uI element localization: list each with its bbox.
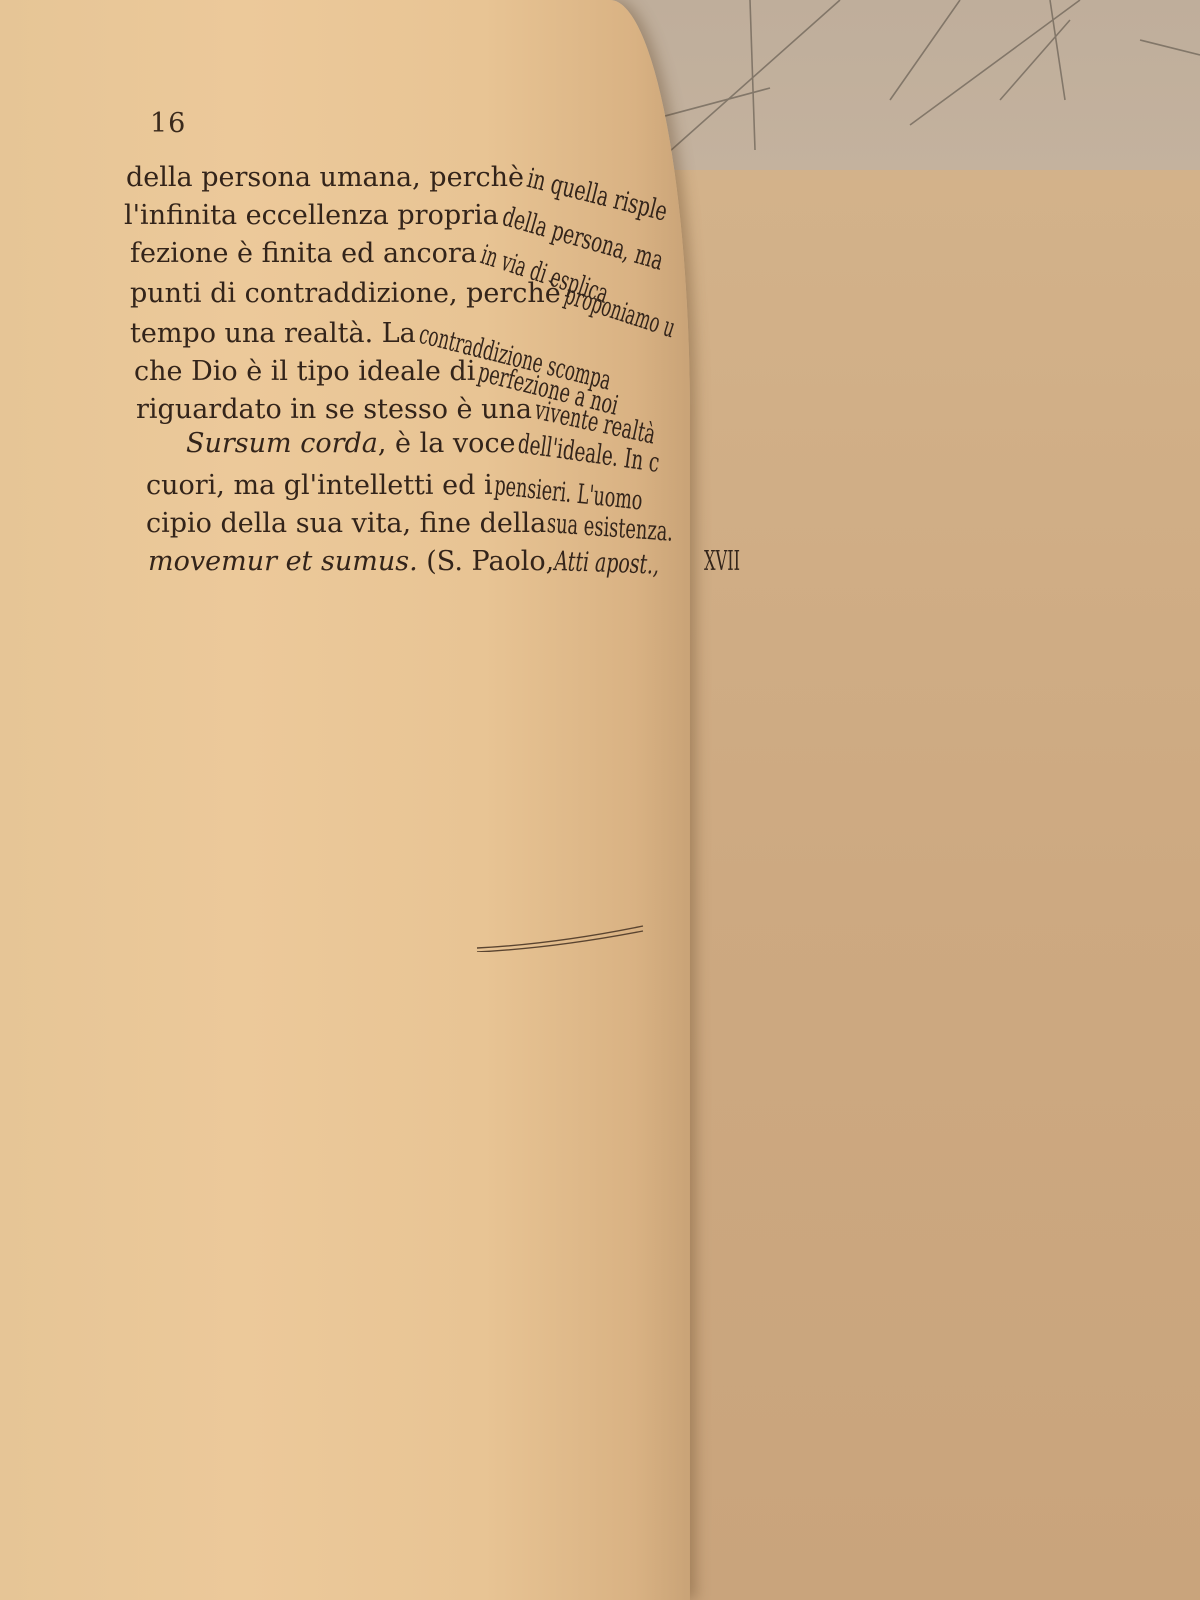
- text-line: l'infinita eccellenza propria della pers…: [124, 200, 743, 231]
- text-line: tempo una realtà. La contraddizione scom…: [130, 318, 733, 349]
- text-line: punti di contraddizione, perchè proponia…: [130, 278, 751, 309]
- scratch-marks: [600, 0, 1200, 180]
- background-surface: [600, 0, 1200, 180]
- text-line: fezione è finita ed ancora in via di esp…: [130, 238, 690, 269]
- text-line: cuori, ma gl'intelletti ed i pensieri. L…: [146, 470, 721, 501]
- right-blank-page: [640, 170, 1200, 1600]
- text-line: cipio della sua vita, fine della sua esi…: [146, 508, 738, 539]
- text-line: che Dio è il tipo ideale di perfezione a…: [134, 356, 696, 387]
- text-line: movemur et sumus. (S. Paolo, Atti apost.…: [148, 546, 764, 577]
- text-line: Sursum corda, è la voce dell'ideale. In …: [186, 428, 725, 459]
- left-printed-page: 16 della persona umana, perchè in quella…: [0, 0, 690, 1600]
- end-ornament-rule: [475, 922, 645, 952]
- text-line: della persona umana, perchè in quella ri…: [126, 162, 728, 193]
- text-line: riguardato in se stesso è una vivente re…: [136, 394, 720, 425]
- body-text: della persona umana, perchè in quella ri…: [0, 0, 690, 700]
